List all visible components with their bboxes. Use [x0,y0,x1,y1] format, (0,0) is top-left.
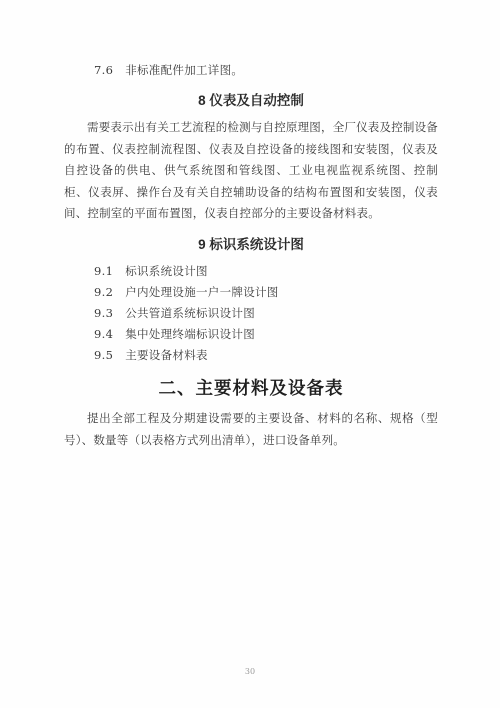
section-9-list: 9.1 标识系统设计图 9.2 户内处理设施一户一牌设计图 9.3 公共管道系统… [64,261,438,366]
list-item-number: 9.3 [94,303,113,324]
list-item-number: 9.5 [94,345,113,366]
list-item-9-5: 9.5 主要设备材料表 [64,345,438,366]
list-item-7-6: 7.6 非标准配件加工详图。 [64,60,438,81]
part-2-paragraph: 提出全部工程及分期建设需要的主要设备、材料的名称、规格（型号）、数量等（以表格方… [64,408,438,451]
list-item-number: 9.1 [94,261,113,282]
list-item-text: 户内处理设施一户一牌设计图 [125,282,438,303]
list-item-9-4: 9.4 集中处理终端标识设计图 [64,324,438,345]
list-item-number: 7.6 [94,60,113,81]
section-9-heading: 9 标识系统设计图 [64,237,438,252]
list-item-9-2: 9.2 户内处理设施一户一牌设计图 [64,282,438,303]
list-item-text: 集中处理终端标识设计图 [125,324,438,345]
section-8-heading: 8 仪表及自动控制 [64,93,438,108]
list-item-text: 主要设备材料表 [125,345,438,366]
document-page: 7.6 非标准配件加工详图。 8 仪表及自动控制 需要表示出有关工艺流程的检测与… [0,0,500,708]
list-item-text: 非标准配件加工详图。 [125,60,438,81]
section-8-paragraph: 需要表示出有关工艺流程的检测与自控原理图，全厂仪表及控制设备的布置、仪表控制流程… [64,117,438,225]
page-content: 7.6 非标准配件加工详图。 8 仪表及自动控制 需要表示出有关工艺流程的检测与… [64,60,438,451]
list-item-number: 9.4 [94,324,113,345]
page-number: 30 [0,667,500,676]
list-item-text: 标识系统设计图 [125,261,438,282]
list-item-9-3: 9.3 公共管道系统标识设计图 [64,303,438,324]
part-2-heading: 二、主要材料及设备表 [64,379,438,399]
list-item-number: 9.2 [94,282,113,303]
list-item-text: 公共管道系统标识设计图 [125,303,438,324]
list-item-9-1: 9.1 标识系统设计图 [64,261,438,282]
